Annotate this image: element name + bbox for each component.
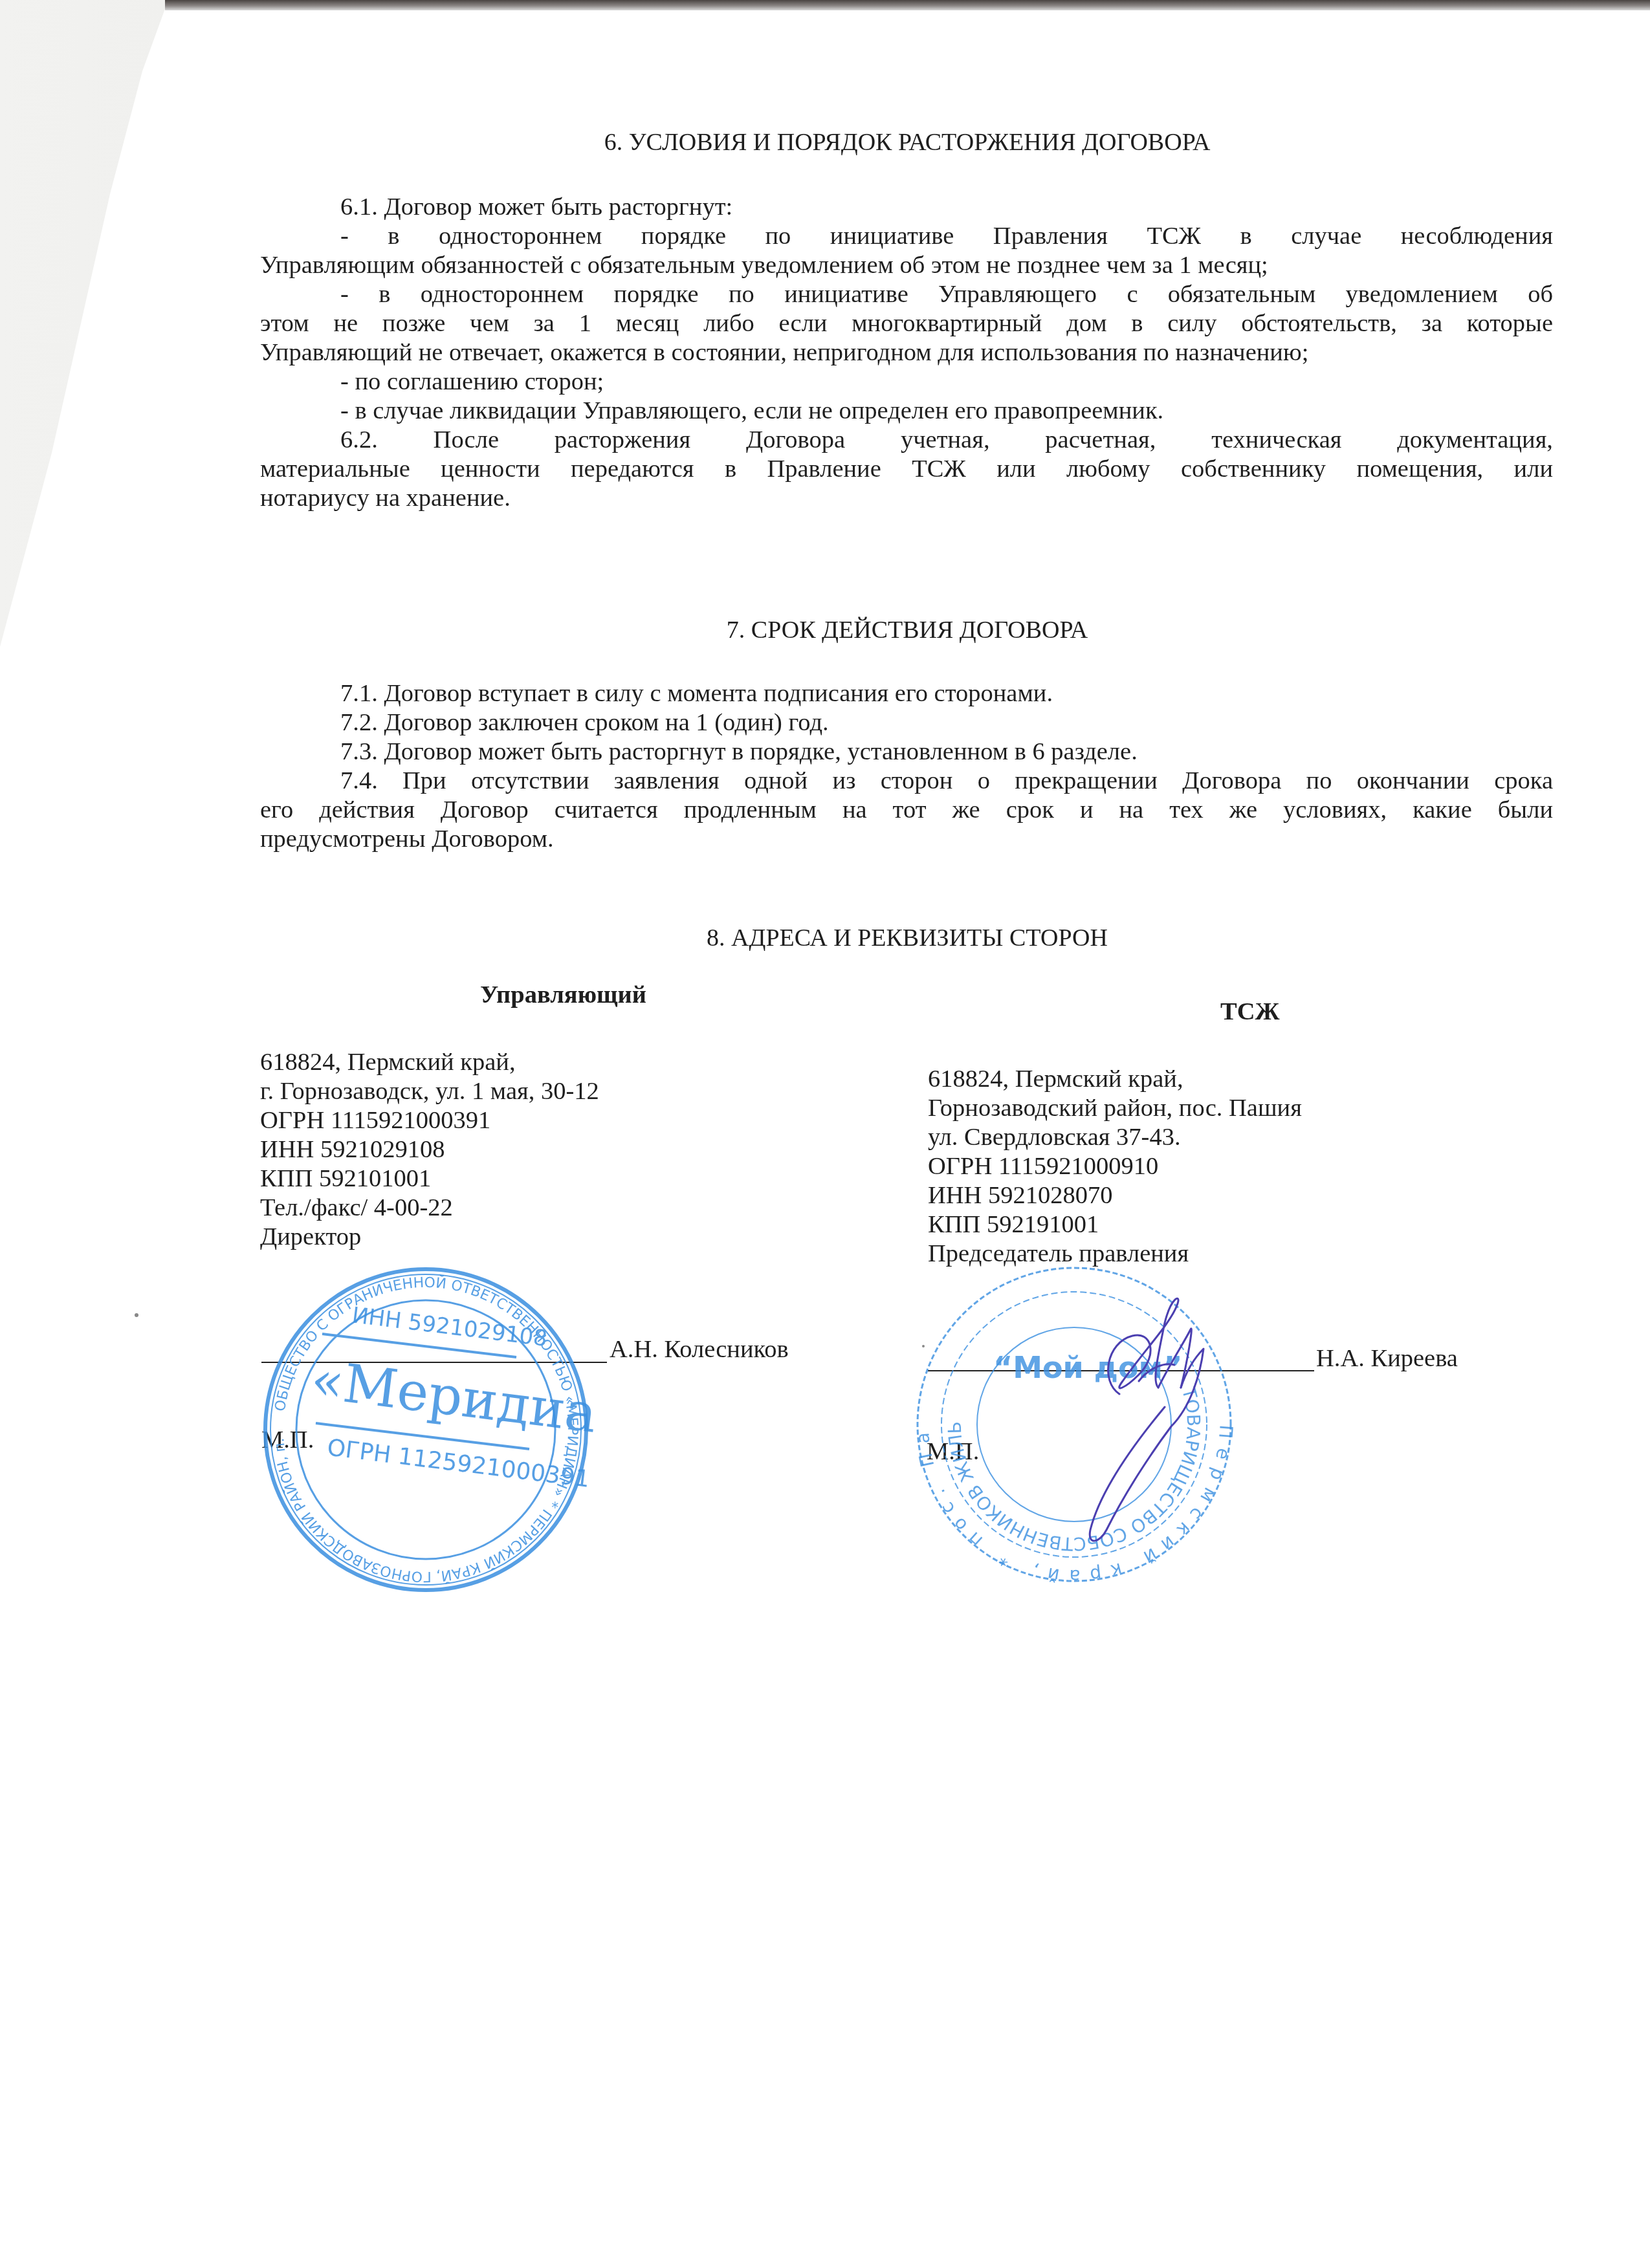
clause-6-2-line3: нотариусу на хранение. [260,484,1553,513]
scan-top-edge [165,0,1650,10]
manager-detail-line: ОГРН 1115921000391 [260,1106,599,1135]
clause-7-2: 7.2. Договор заключен сроком на 1 (один)… [260,708,1553,737]
clause-6-1-item1-line2: Управляющим обязанностей с обязательным … [260,251,1553,280]
hoa-heading: ТСЖ [1220,998,1280,1026]
clause-6-1-item4: - в случае ликвидации Управляющего, если… [260,397,1553,426]
section-8-title: 8. АДРЕСА И РЕКВИЗИТЫ СТОРОН [260,924,1554,952]
clause-6-1-item2-line2: этом не позже чем за 1 месяц либо если м… [260,309,1553,338]
scan-fold-shadow [0,0,194,647]
clause-7-4-line1: 7.4. При отсутствии заявления одной из с… [260,767,1553,796]
scan-speck [135,1313,138,1317]
meridian-stamp-ogrn: ОГРН 1125921000391 [325,1434,591,1492]
clause-7-4-line3: предусмотрены Договором. [260,825,1553,854]
hoa-signatory-name: Н.А. Киреева [1316,1344,1458,1373]
section-7-title: 7. СРОК ДЕЙСТВИЯ ДОГОВОРА [260,616,1554,644]
manager-heading: Управляющий [480,981,646,1009]
manager-detail-line: Тел./факс/ 4-00-22 [260,1194,599,1223]
manager-detail-line: г. Горнозаводск, ул. 1 мая, 30-12 [260,1077,599,1106]
clause-6-1-item2-line1: - в одностороннем порядке по инициативе … [260,280,1553,309]
clause-6-1-item2-line3: Управляющий не отвечает, окажется в сост… [260,338,1553,367]
clause-6-1-item3: - по соглашению сторон; [260,367,1553,397]
hoa-details: 618824, Пермский край,Горнозаводский рай… [928,1065,1302,1269]
hoa-detail-line: 618824, Пермский край, [928,1065,1302,1094]
clause-7-4-line2: его действия Договор считается продленны… [260,796,1553,825]
manager-detail-line: КПП 592101001 [260,1164,599,1194]
manager-signatory-name: А.Н. Колесников [610,1335,789,1364]
meridian-stamp: ОБЩЕСТВО С ОГРАНИЧЕННОЙ ОТВЕТСТВЕННОСТЬЮ… [258,1261,594,1598]
hoa-detail-line: ИНН 5921028070 [928,1181,1302,1210]
manager-detail-line: 618824, Пермский край, [260,1048,599,1077]
hoa-detail-line: ОГРН 1115921000910 [928,1152,1302,1181]
clause-7-3: 7.3. Договор может быть расторгнут в пор… [260,737,1553,767]
hoa-detail-line: ул. Свердловская 37-43. [928,1123,1302,1152]
clause-6-2-line1: 6.2. После расторжения Договора учетная,… [260,426,1553,455]
manager-detail-line: Директор [260,1223,599,1252]
hoa-handwritten-signature [1061,1284,1229,1549]
clause-6-1-intro: 6.1. Договор может быть расторгнут: [260,193,1553,222]
manager-details: 618824, Пермский край,г. Горнозаводск, у… [260,1048,599,1252]
scan-speck [922,1345,925,1347]
clause-6-1-item1-line1: - в одностороннем порядке по инициативе … [260,222,1553,251]
hoa-detail-line: Горнозаводский район, пос. Пашия [928,1094,1302,1123]
section-6-title: 6. УСЛОВИЯ И ПОРЯДОК РАСТОРЖЕНИЯ ДОГОВОР… [260,128,1554,157]
clause-7-1: 7.1. Договор вступает в силу с момента п… [260,679,1553,708]
clause-6-1: 6.1. Договор может быть расторгнут: - в … [260,193,1553,513]
section-7-clauses: 7.1. Договор вступает в силу с момента п… [260,679,1553,854]
hoa-detail-line: КПП 592191001 [928,1210,1302,1239]
clause-6-2-line2: материальные ценности передаются в Правл… [260,455,1553,484]
manager-detail-line: ИНН 5921029108 [260,1135,599,1164]
